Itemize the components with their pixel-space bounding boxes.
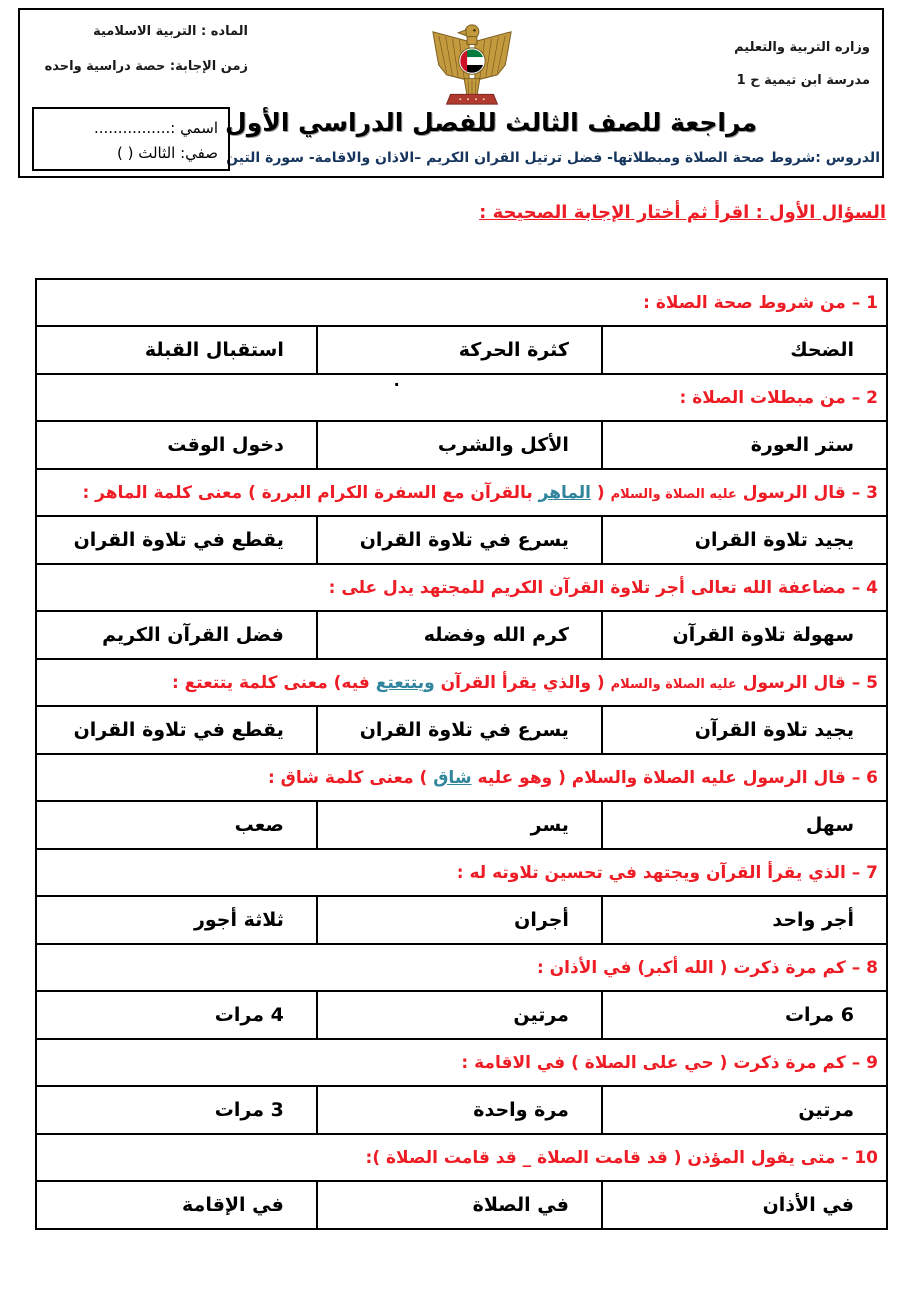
question-text-part: فيه) معنى كلمة يتتعتع : (172, 673, 376, 693)
q6-answer-option-3: صعب (36, 801, 317, 849)
answer-row-1: الضحككثرة الحركةاستقبال القبلة (36, 326, 887, 374)
answer-row-10: في الأذانفي الصلاةفي الإقامة (36, 1181, 887, 1229)
question-text-part: 6 – قال الرسول عليه الصلاة والسلام ( وهو… (472, 768, 878, 788)
q10-answer-option-3: في الإقامة (36, 1181, 317, 1229)
question-text-part: 3 – قال الرسول (737, 483, 878, 503)
q5-answer-option-2: يسرع في تلاوة القران (317, 706, 602, 754)
answer-row-3: يجيد تلاوة القرانيسرع في تلاوة القرانيقط… (36, 516, 887, 564)
lessons-line: الدروس :شروط صحة الصلاة ومبطلاتها- فضل ت… (248, 150, 880, 166)
subject-label: الماده : التربية الاسلامية (30, 24, 248, 39)
school-name: مدرسة ابن تيمية ح 1 (734, 73, 870, 88)
keyword-highlight: الماهر (539, 483, 591, 503)
question-row-1: 1 – من شروط صحة الصلاة : (36, 279, 887, 326)
question-text-part: عليه الصلاة والسلام (611, 677, 737, 692)
question-text-part: . (394, 371, 400, 390)
question-text-5: 5 – قال الرسول عليه الصلاة والسلام ( وال… (36, 659, 887, 706)
question-row-8: 8 – كم مرة ذكرت ( الله أكبر) في الأذان : (36, 944, 887, 991)
keyword-highlight: شاق (433, 768, 471, 788)
question-text-part: 2 – من مبطلات الصلاة : (680, 388, 878, 408)
question-row-4: 4 – مضاعفة الله تعالى أجر تلاوة القرآن ا… (36, 564, 887, 611)
q10-answer-option-1: في الأذان (602, 1181, 887, 1229)
question-text-part: عليه الصلاة والسلام (611, 487, 737, 502)
q3-answer-option-3: يقطع في تلاوة القران (36, 516, 317, 564)
q4-answer-option-3: فضل القرآن الكريم (36, 611, 317, 659)
q3-answer-option-2: يسرع في تلاوة القران (317, 516, 602, 564)
q10-answer-option-2: في الصلاة (317, 1181, 602, 1229)
ministry-name: وزاره التربية والتعليم (734, 40, 870, 55)
header-left-block: الماده : التربية الاسلامية زمن الإجابة: … (30, 24, 248, 94)
question-text-part: ( (591, 483, 611, 503)
question-text-1: 1 – من شروط صحة الصلاة : (36, 279, 887, 326)
answer-row-5: يجيد تلاوة القرآنيسرع في تلاوة القرانيقط… (36, 706, 887, 754)
question-text-part: 8 – كم مرة ذكرت ( الله أكبر) في الأذان : (537, 958, 878, 978)
answer-row-7: أجر واحدأجرانثلاثة أجور (36, 896, 887, 944)
q8-answer-option-2: مرتين (317, 991, 602, 1039)
question-text-7: 7 – الذي يقرأ القرآن ويجتهد في تحسين تلا… (36, 849, 887, 896)
quiz-table-body: 1 – من شروط صحة الصلاة :الضحككثرة الحركة… (36, 279, 887, 1229)
question-text-part: 7 – الذي يقرأ القرآن ويجتهد في تحسين تلا… (457, 863, 878, 883)
q2-answer-option-3: دخول الوقت (36, 421, 317, 469)
student-class-field: صفي: الثالث ( ) (38, 141, 218, 166)
q4-answer-option-1: سهولة تلاوة القرآن (602, 611, 887, 659)
header-right-block: وزاره التربية والتعليم مدرسة ابن تيمية ح… (734, 40, 870, 106)
answer-time-label: زمن الإجابة: حصة دراسية واحده (30, 59, 248, 74)
answer-row-6: سهليسرصعب (36, 801, 887, 849)
q6-answer-option-1: سهل (602, 801, 887, 849)
question-row-10: 10 - متى يقول المؤذن ( قد قامت الصلاة _ … (36, 1134, 887, 1181)
question-row-5: 5 – قال الرسول عليه الصلاة والسلام ( وال… (36, 659, 887, 706)
document-header: وزاره التربية والتعليم مدرسة ابن تيمية ح… (18, 8, 884, 178)
question-text-part: 10 - متى يقول المؤذن ( قد قامت الصلاة _ … (366, 1148, 878, 1168)
answer-row-2: ستر العورةالأكل والشربدخول الوقت (36, 421, 887, 469)
q2-answer-option-1: ستر العورة (602, 421, 887, 469)
keyword-highlight: ويتتعتع (376, 673, 435, 693)
q4-answer-option-2: كرم الله وفضله (317, 611, 602, 659)
question-row-7: 7 – الذي يقرأ القرآن ويجتهد في تحسين تلا… (36, 849, 887, 896)
q5-answer-option-1: يجيد تلاوة القرآن (602, 706, 887, 754)
question-row-9: 9 – كم مرة ذكرت ( حي على الصلاة ) في الا… (36, 1039, 887, 1086)
q1-answer-option-2: كثرة الحركة (317, 326, 602, 374)
question-text-3: 3 – قال الرسول عليه الصلاة والسلام ( الم… (36, 469, 887, 516)
question-text-9: 9 – كم مرة ذكرت ( حي على الصلاة ) في الا… (36, 1039, 887, 1086)
question-text-6: 6 – قال الرسول عليه الصلاة والسلام ( وهو… (36, 754, 887, 801)
q9-answer-option-2: مرة واحدة (317, 1086, 602, 1134)
uae-falcon-emblem-icon (422, 20, 522, 108)
question-text-part: 9 – كم مرة ذكرت ( حي على الصلاة ) في الا… (461, 1053, 878, 1073)
question-text-2: 2 – من مبطلات الصلاة :. (36, 374, 887, 421)
question-row-3: 3 – قال الرسول عليه الصلاة والسلام ( الم… (36, 469, 887, 516)
student-info-box: اسمي :................ صفي: الثالث ( ) (32, 107, 230, 171)
q1-answer-option-1: الضحك (602, 326, 887, 374)
question-text-part: ( والذي يقرأ القرآن (435, 673, 611, 693)
question-text-part: بالقرآن مع السفرة الكرام البررة ) معنى ك… (82, 483, 538, 503)
q7-answer-option-2: أجران (317, 896, 602, 944)
question-text-10: 10 - متى يقول المؤذن ( قد قامت الصلاة _ … (36, 1134, 887, 1181)
quiz-table: 1 – من شروط صحة الصلاة :الضحككثرة الحركة… (35, 278, 888, 1230)
q6-answer-option-2: يسر (317, 801, 602, 849)
question-text-8: 8 – كم مرة ذكرت ( الله أكبر) في الأذان : (36, 944, 887, 991)
q7-answer-option-3: ثلاثة أجور (36, 896, 317, 944)
q3-answer-option-1: يجيد تلاوة القران (602, 516, 887, 564)
question-text-part: 4 – مضاعفة الله تعالى أجر تلاوة القرآن ا… (329, 578, 878, 598)
q5-answer-option-3: يقطع في تلاوة القران (36, 706, 317, 754)
q7-answer-option-1: أجر واحد (602, 896, 887, 944)
student-name-field: اسمي :................ (38, 116, 218, 141)
question-text-4: 4 – مضاعفة الله تعالى أجر تلاوة القرآن ا… (36, 564, 887, 611)
question-text-part: 1 – من شروط صحة الصلاة : (643, 293, 878, 313)
q8-answer-option-1: 6 مرات (602, 991, 887, 1039)
q1-answer-option-3: استقبال القبلة (36, 326, 317, 374)
q2-answer-option-2: الأكل والشرب (317, 421, 602, 469)
question-text-part: ) معنى كلمة شاق : (268, 768, 433, 788)
question-row-6: 6 – قال الرسول عليه الصلاة والسلام ( وهو… (36, 754, 887, 801)
q9-answer-option-1: مرتين (602, 1086, 887, 1134)
page-title: مراجعة للصف الثالث للفصل الدراسي الأول (170, 108, 812, 137)
answer-row-4: سهولة تلاوة القرآنكرم الله وفضلهفضل القر… (36, 611, 887, 659)
question-row-2: 2 – من مبطلات الصلاة :. (36, 374, 887, 421)
q9-answer-option-3: 3 مرات (36, 1086, 317, 1134)
answer-row-9: مرتينمرة واحدة3 مرات (36, 1086, 887, 1134)
q8-answer-option-3: 4 مرات (36, 991, 317, 1039)
answer-row-8: 6 مراتمرتين4 مرات (36, 991, 887, 1039)
question-text-part: 5 – قال الرسول (737, 673, 878, 693)
section-title: السؤال الأول : اقرأ ثم أختار الإجابة الص… (479, 202, 886, 223)
